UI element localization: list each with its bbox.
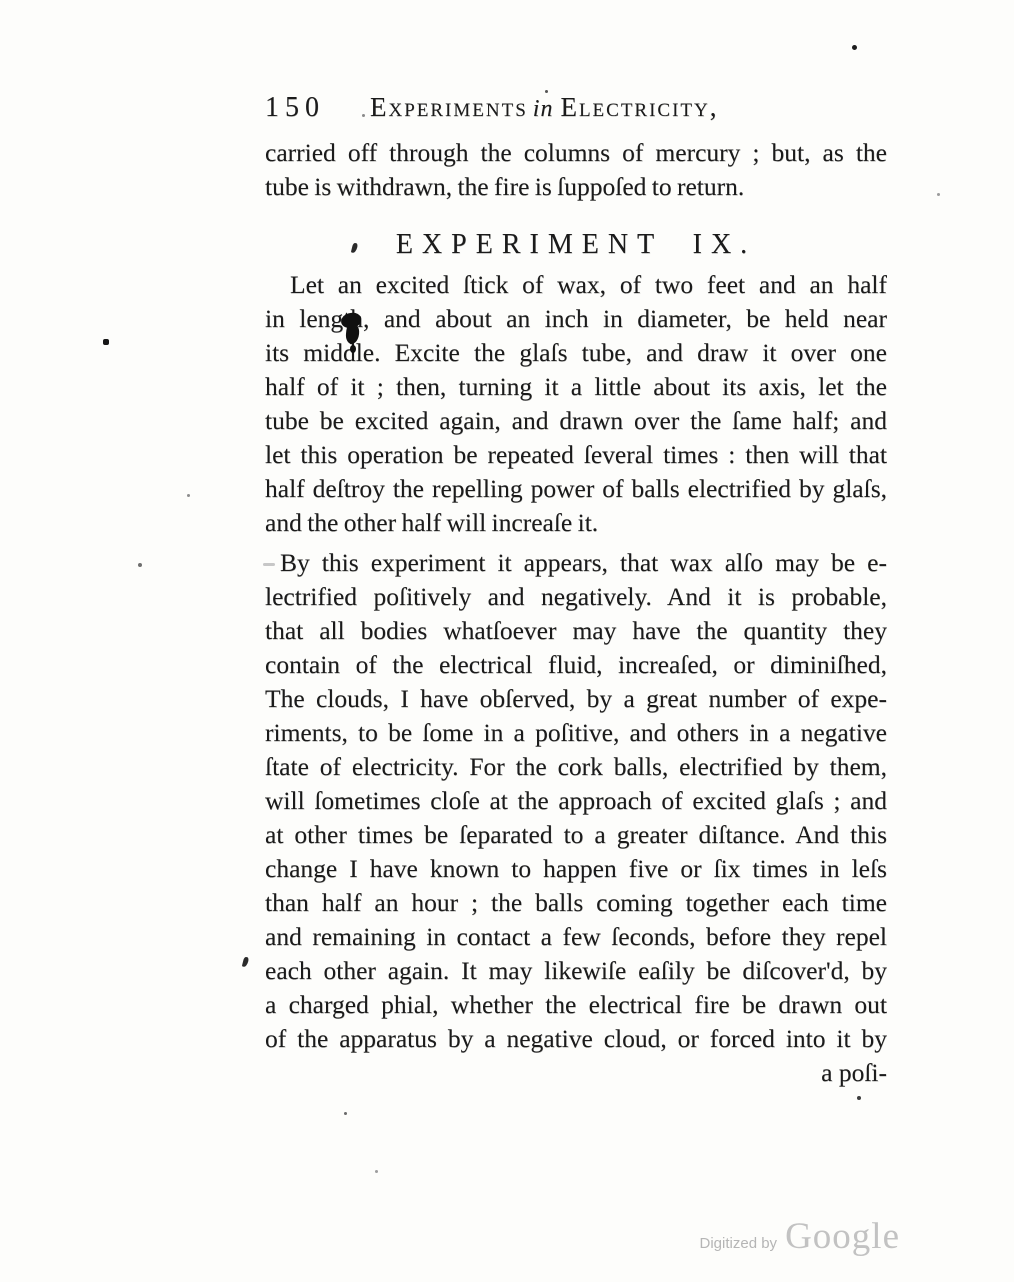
- scanned-book-page: 150 ExperimentsinElectricity, carried of…: [0, 0, 1014, 1282]
- running-title: ExperimentsinElectricity,: [370, 92, 719, 123]
- ink-speck: [263, 563, 275, 566]
- ink-speck: [545, 90, 548, 93]
- ink-blot: [350, 345, 356, 353]
- text-line: change I have known to happen five or ſi…: [265, 852, 887, 886]
- text-line: ſtate of electricity. For the cork balls…: [265, 750, 887, 784]
- ink-speck: [362, 114, 365, 117]
- paragraph-continuation: carried off through the columns of mercu…: [265, 136, 887, 204]
- ink-speck: [103, 339, 109, 345]
- running-title-word1: Experiments: [370, 92, 528, 122]
- ink-speck: [138, 563, 142, 567]
- text-line: each other again. It may likewiſe eaſily…: [265, 954, 887, 988]
- google-watermark: Digitized by Google: [700, 1215, 900, 1258]
- text-line: that all bodies whatſoever may have the …: [265, 614, 887, 648]
- google-logo: Google: [785, 1215, 900, 1258]
- text-line: half deſtroy the repelling power of ball…: [265, 472, 887, 506]
- text-line: The clouds, I have obſerved, by a great …: [265, 682, 887, 716]
- ink-speck: [375, 1170, 378, 1173]
- text-line: of the apparatus by a negative cloud, or…: [265, 1022, 887, 1056]
- page-number: 150: [265, 92, 370, 124]
- catchword: a poſi-: [265, 1056, 887, 1090]
- running-title-conjunction: in: [533, 96, 554, 122]
- text-line: will ſometimes cloſe at the approach of …: [265, 784, 887, 818]
- text-line: a charged phial, whether the electrical …: [265, 988, 887, 1022]
- text-line: let this operation be repeated ſeveral t…: [265, 438, 887, 472]
- running-title-word2: Electricity,: [560, 92, 718, 122]
- paragraph-observations: By this experiment it appears, that wax …: [265, 546, 887, 1056]
- experiment-heading: EXPERIMENT IX.: [265, 228, 887, 262]
- ink-speck: [344, 1112, 347, 1115]
- running-header: 150 ExperimentsinElectricity,: [265, 92, 887, 128]
- text-line: contain of the electrical fluid, increaſ…: [265, 648, 887, 682]
- text-line: carried off through the columns of mercu…: [265, 136, 887, 170]
- text-line: half of it ; then, turning it a little a…: [265, 370, 887, 404]
- ink-speck: [187, 494, 190, 497]
- text-line: tube be excited again, and drawn over th…: [265, 404, 887, 438]
- text-line: and the other half will increaſe it.: [265, 506, 887, 540]
- ink-speck: [857, 1096, 861, 1100]
- text-line: and remaining in contact a few ſeconds, …: [265, 920, 887, 954]
- text-line: riments, to be ſome in a poſitive, and o…: [265, 716, 887, 750]
- ink-speck: [242, 957, 249, 968]
- text-line: tube is withdrawn, the fire is ſuppoſed …: [265, 170, 887, 204]
- ink-speck: [852, 45, 857, 50]
- text-line: its middle. Excite the glaſs tube, and d…: [265, 336, 887, 370]
- text-block: 150 ExperimentsinElectricity, carried of…: [265, 0, 887, 1090]
- text-line: lectrified poſitively and negatively. An…: [265, 580, 887, 614]
- paragraph-experiment-ix: Let an excited ſtick of wax, of two feet…: [265, 268, 887, 540]
- text-line: than half an hour ; the balls coming tog…: [265, 886, 887, 920]
- ink-speck: [937, 193, 940, 196]
- text-line: By this experiment it appears, that wax …: [265, 546, 887, 580]
- text-line: Let an excited ſtick of wax, of two feet…: [265, 268, 887, 302]
- text-line: at other times be ſeparated to a greater…: [265, 818, 887, 852]
- digitized-by-label: Digitized by: [700, 1235, 778, 1252]
